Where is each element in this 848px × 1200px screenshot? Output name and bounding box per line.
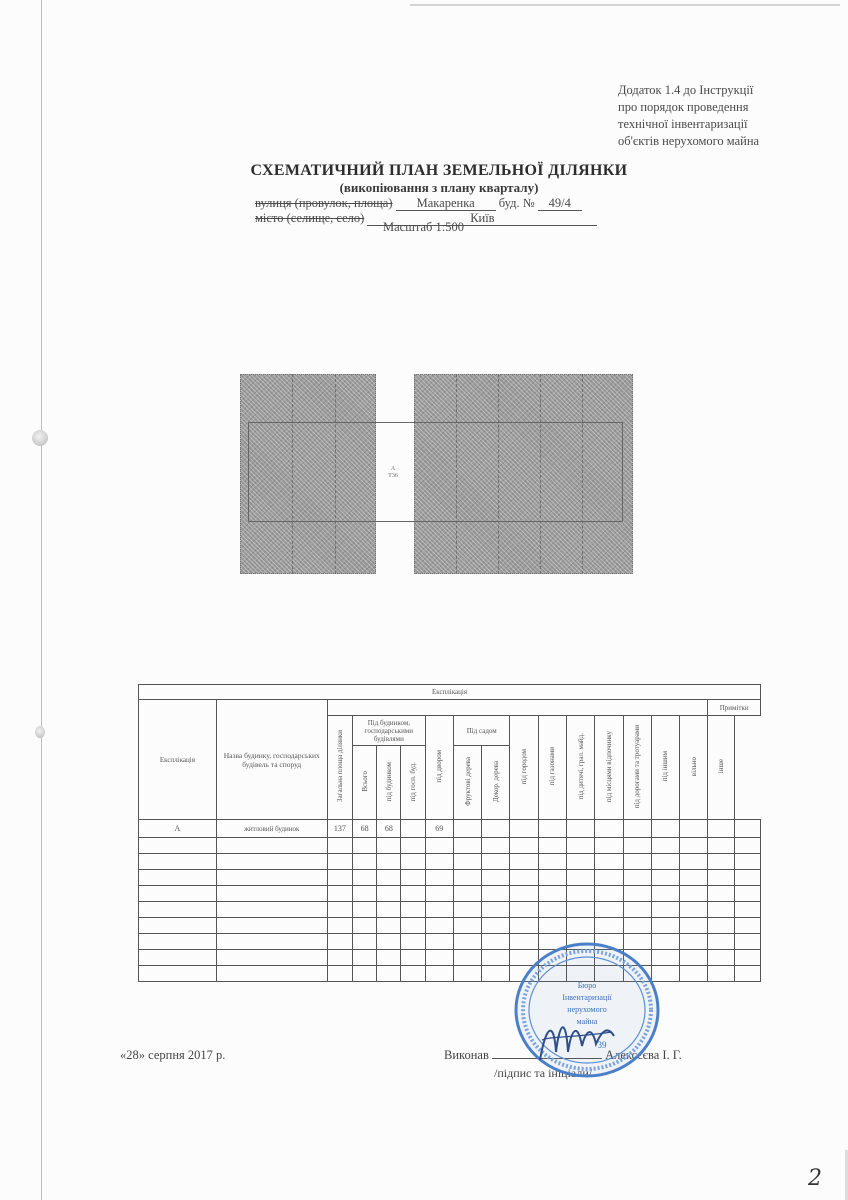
cell [482, 854, 510, 870]
cell [651, 918, 679, 934]
cell [567, 886, 595, 902]
cell [377, 966, 401, 982]
cell [327, 918, 352, 934]
cell [216, 918, 327, 934]
cell [453, 934, 481, 950]
document-title: СХЕМАТИЧНИЙ ПЛАН ЗЕМЕЛЬНОЇ ДІЛЯНКИ [30, 162, 848, 180]
cell [401, 838, 425, 854]
punch-hole-icon [32, 430, 48, 446]
cell [651, 820, 679, 838]
cell [734, 854, 760, 870]
cell [567, 870, 595, 886]
cell [538, 854, 566, 870]
cell [139, 854, 217, 870]
header-under-outbuildings: під госп. буд. [401, 746, 425, 820]
cell [453, 820, 481, 838]
cell [401, 934, 425, 950]
cell [567, 918, 595, 934]
annex-line: об'єктів нерухомого майна [618, 133, 793, 150]
cell [353, 838, 377, 854]
cell [401, 902, 425, 918]
cell [482, 820, 510, 838]
cell [680, 918, 708, 934]
cell [216, 902, 327, 918]
cell [680, 902, 708, 918]
header-explication: Експлікація [139, 700, 217, 820]
cell [734, 902, 760, 918]
svg-text:нерухомого: нерухомого [567, 1005, 606, 1014]
cell [425, 838, 453, 854]
header-spacer [327, 700, 708, 716]
cell [216, 854, 327, 870]
cell [353, 854, 377, 870]
cell [510, 902, 538, 918]
header-under-playgrounds: під дитячі, грал. майд. [567, 716, 595, 820]
cell [680, 854, 708, 870]
cell [680, 820, 708, 838]
cell [425, 966, 453, 982]
cell [651, 838, 679, 854]
header-under-sports: під місцями відпочинку [595, 716, 623, 820]
cell [353, 966, 377, 982]
cell [734, 838, 760, 854]
annex-note: Додаток 1.4 до Інструкції про порядок пр… [618, 82, 793, 150]
cell [482, 918, 510, 934]
street-value: Макаренка [396, 196, 496, 211]
cell [708, 870, 734, 886]
header-remark-2: інше [708, 716, 734, 820]
cell [401, 854, 425, 870]
header-total-area: Загальна площа ділянки [327, 716, 352, 820]
cell [425, 854, 453, 870]
cell [425, 870, 453, 886]
official-stamp-icon: Бюро Інвентаризації нерухомого майна 39 [512, 940, 662, 1080]
cell [482, 886, 510, 902]
cell [510, 918, 538, 934]
cell [623, 820, 651, 838]
cell [425, 950, 453, 966]
cell [216, 950, 327, 966]
cell [425, 902, 453, 918]
cell [538, 838, 566, 854]
cell [567, 902, 595, 918]
building-label: буд. № [499, 196, 535, 210]
cell [353, 918, 377, 934]
header-under-building: під будинком [377, 746, 401, 820]
cell [708, 854, 734, 870]
header-under-garden: Під садом [453, 716, 510, 746]
cell [708, 838, 734, 854]
cell [623, 886, 651, 902]
scale-label: Масштаб 1:500 [383, 220, 464, 235]
cell [377, 870, 401, 886]
explication-table: Експлікація Експлікація Назва будинку, г… [138, 684, 761, 982]
cell [453, 966, 481, 982]
cell-under-building: 68 [377, 820, 401, 838]
cell [680, 950, 708, 966]
cell [595, 870, 623, 886]
cell [510, 870, 538, 886]
cell [377, 854, 401, 870]
header-under-lawns: під газонами [538, 716, 566, 820]
cell [377, 838, 401, 854]
cell [734, 918, 760, 934]
cell [734, 886, 760, 902]
cell [353, 902, 377, 918]
cell [595, 838, 623, 854]
cell [651, 902, 679, 918]
empty-rows [139, 838, 761, 982]
cell [680, 934, 708, 950]
cell [538, 886, 566, 902]
table-row [139, 934, 761, 950]
annex-line: Додаток 1.4 до Інструкції [618, 82, 793, 99]
annex-line: технічної інвентаризації [618, 116, 793, 133]
cell [453, 950, 481, 966]
cell [623, 870, 651, 886]
cell [425, 918, 453, 934]
header-fruit-trees: Фруктові дерева [453, 746, 481, 820]
cell [216, 838, 327, 854]
header-under-yard: під двором [425, 716, 453, 820]
cell [708, 886, 734, 902]
cell [538, 902, 566, 918]
building-code: Т36 [383, 473, 403, 480]
cell [327, 934, 352, 950]
cell [538, 870, 566, 886]
cell [482, 950, 510, 966]
cell [216, 934, 327, 950]
building-letter: А [383, 466, 403, 473]
cell [482, 902, 510, 918]
cell [734, 934, 760, 950]
cell [216, 966, 327, 982]
table-title: Експлікація [139, 685, 761, 700]
cell [734, 870, 760, 886]
cell [482, 838, 510, 854]
cell [139, 838, 217, 854]
header-remarks: Примітки [708, 700, 761, 716]
cell [453, 870, 481, 886]
header-under-orchard: під городом [510, 716, 538, 820]
cell [377, 918, 401, 934]
cell [377, 902, 401, 918]
table-row [139, 854, 761, 870]
cell [216, 870, 327, 886]
cell [595, 902, 623, 918]
cell [401, 918, 425, 934]
cell [538, 820, 566, 838]
cell-explication: А [139, 820, 217, 838]
building-label: А Т36 [383, 466, 403, 480]
cell [538, 918, 566, 934]
cell [567, 854, 595, 870]
cell [401, 966, 425, 982]
cell [680, 966, 708, 982]
cell-total-area: 137 [327, 820, 352, 838]
cell [623, 918, 651, 934]
svg-text:39: 39 [598, 1040, 608, 1050]
document-subtitle: (викопіювання з плану кварталу) [30, 180, 848, 196]
cell [377, 934, 401, 950]
header-decorative-trees: Декор. дерева [482, 746, 510, 820]
cell-name: житловий будинок [216, 820, 327, 838]
table-row [139, 838, 761, 854]
document-title-block: СХЕМАТИЧНИЙ ПЛАН ЗЕМЕЛЬНОЇ ДІЛЯНКИ (вико… [0, 162, 848, 196]
cell [623, 902, 651, 918]
cell-under-outbuildings [401, 820, 425, 838]
cell [680, 870, 708, 886]
cell [353, 934, 377, 950]
street-label: вулиця (провулок, площа) [255, 196, 393, 210]
cell [482, 870, 510, 886]
cell [353, 950, 377, 966]
cell [139, 918, 217, 934]
cell [567, 820, 595, 838]
cell-under-yard: 69 [425, 820, 453, 838]
cell [327, 966, 352, 982]
cell [651, 870, 679, 886]
page-number: 2 [808, 1166, 822, 1191]
cell [401, 870, 425, 886]
header-under-roads: під дорогами та тротуарами [623, 716, 651, 820]
cell [734, 966, 760, 982]
cell [680, 838, 708, 854]
cell [377, 950, 401, 966]
cell [734, 820, 760, 838]
cell [453, 902, 481, 918]
cell [595, 854, 623, 870]
cell [734, 950, 760, 966]
cell [680, 886, 708, 902]
cell [623, 854, 651, 870]
cell [139, 950, 217, 966]
table-row [139, 950, 761, 966]
cell [425, 886, 453, 902]
table-row [139, 902, 761, 918]
cell [651, 854, 679, 870]
cell [327, 870, 352, 886]
table-row [139, 886, 761, 902]
cell [510, 838, 538, 854]
header-under-other: під іншим [651, 716, 679, 820]
svg-text:майна: майна [577, 1017, 598, 1026]
cell [139, 966, 217, 982]
header-remark-1: вільно [680, 716, 708, 820]
punch-hole-icon [35, 726, 45, 738]
site-plan: А Т36 [240, 374, 633, 574]
header-total: Всього [353, 746, 377, 820]
cell [651, 886, 679, 902]
cell [453, 854, 481, 870]
cell [595, 918, 623, 934]
cell [482, 966, 510, 982]
document-date: «28» серпня 2017 р. [120, 1048, 225, 1063]
cell [401, 886, 425, 902]
cell [353, 886, 377, 902]
table-row [139, 918, 761, 934]
cell [327, 886, 352, 902]
svg-text:Інвентаризації: Інвентаризації [562, 993, 612, 1002]
building-value: 49/4 [538, 196, 582, 211]
cell [567, 838, 595, 854]
cell [708, 820, 734, 838]
cell [623, 838, 651, 854]
header-name: Назва будинку, господарських будівель та… [216, 700, 327, 820]
cell [327, 854, 352, 870]
cell [453, 886, 481, 902]
annex-line: про порядок проведення [618, 99, 793, 116]
cell [708, 934, 734, 950]
cell [353, 870, 377, 886]
header-under-buildings: Під будинком, господарськими будівлями [353, 716, 426, 746]
table-row: А житловий будинок 137 68 68 69 [139, 820, 761, 838]
cell [510, 820, 538, 838]
cell [139, 902, 217, 918]
cell [139, 870, 217, 886]
executor-label: Виконав [444, 1048, 489, 1062]
svg-text:Бюро: Бюро [578, 981, 597, 990]
cell [595, 820, 623, 838]
cell [708, 902, 734, 918]
cell [510, 886, 538, 902]
cell [708, 966, 734, 982]
cell [453, 838, 481, 854]
table-row [139, 870, 761, 886]
cell-total: 68 [353, 820, 377, 838]
cell [425, 934, 453, 950]
cell [510, 854, 538, 870]
scan-edge [410, 4, 840, 6]
cell [327, 950, 352, 966]
cell [708, 918, 734, 934]
cell [327, 902, 352, 918]
cell [482, 934, 510, 950]
cell [453, 918, 481, 934]
cell [327, 838, 352, 854]
cell [139, 934, 217, 950]
cell [216, 886, 327, 902]
city-label: місто (селище, село) [255, 211, 364, 225]
cell [139, 886, 217, 902]
cell [708, 950, 734, 966]
cell [401, 950, 425, 966]
cell [377, 886, 401, 902]
cell [595, 886, 623, 902]
table-row [139, 966, 761, 982]
building-outline [248, 422, 623, 522]
